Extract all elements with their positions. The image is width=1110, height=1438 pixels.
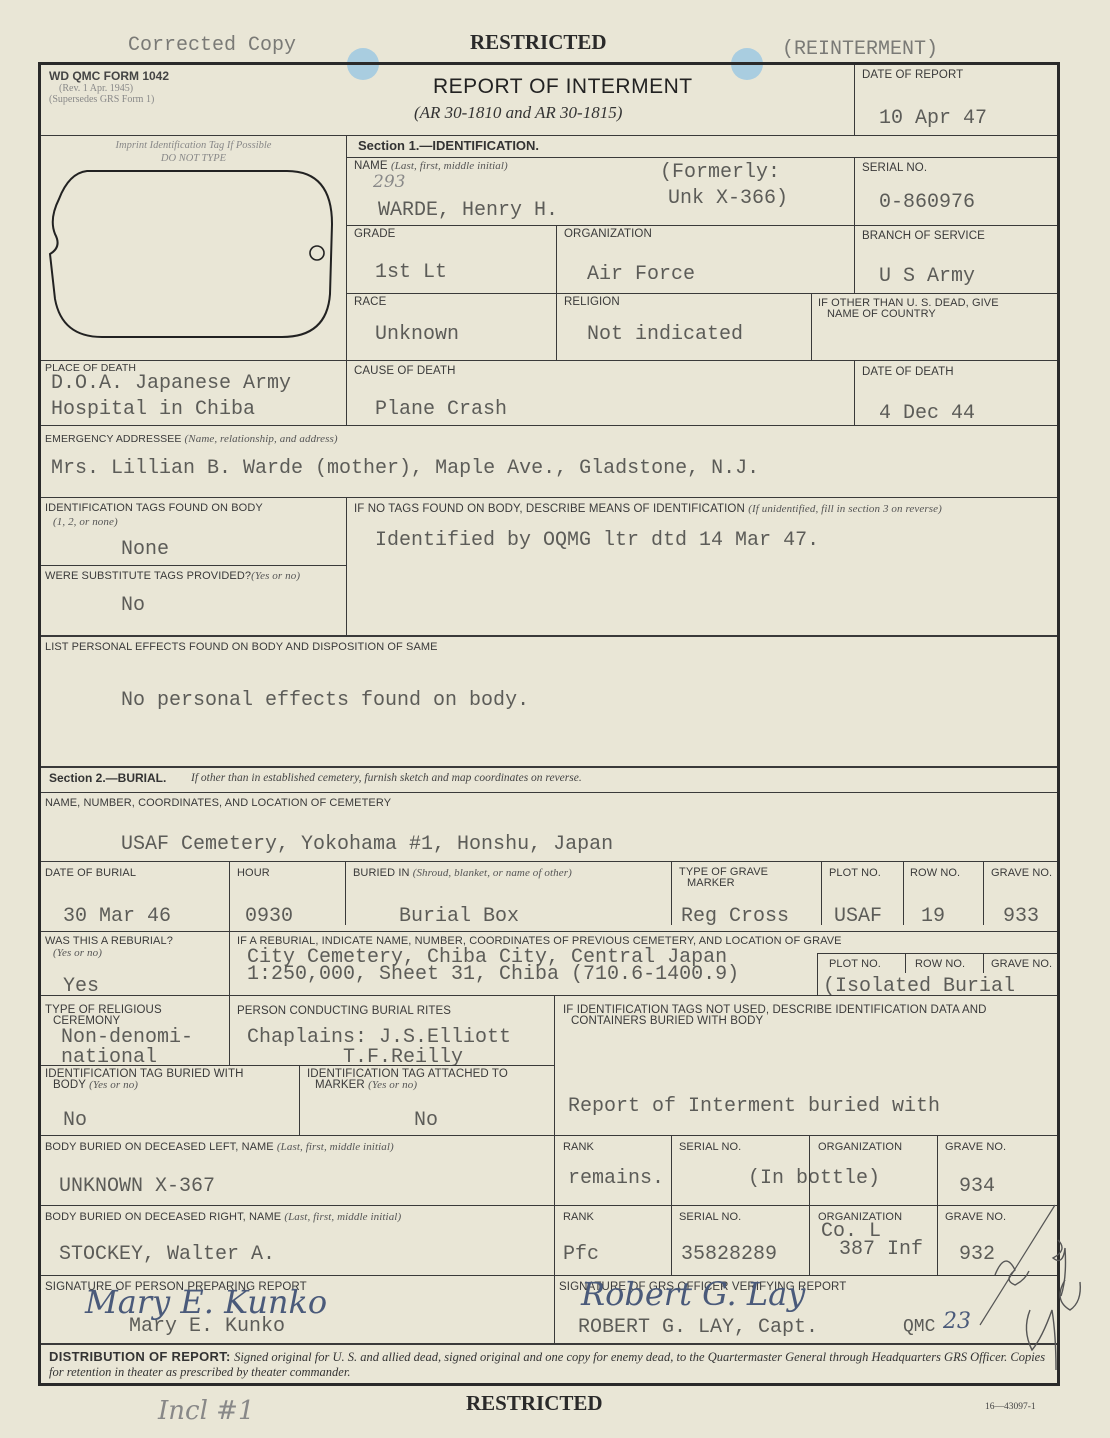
formerly-line2: Unk X-366) bbox=[668, 187, 788, 210]
substitute-tags-field[interactable]: No bbox=[121, 594, 145, 617]
plot-field[interactable]: USAF bbox=[834, 905, 882, 928]
organization-label: ORGANIZATION bbox=[564, 228, 652, 240]
tags-found-field[interactable]: None bbox=[121, 538, 169, 561]
date-of-report-field[interactable]: 10 Apr 47 bbox=[879, 107, 987, 130]
ceremony-label: TYPE OF RELIGIOUS CEREMONY bbox=[45, 1005, 162, 1027]
grave-label: GRAVE No. bbox=[991, 867, 1052, 879]
cemetery-label: NAME, NUMBER, COORDINATES, AND LOCATION … bbox=[45, 797, 391, 809]
reburial-hint-text: (Yes or no) bbox=[53, 947, 102, 959]
race-field[interactable]: Unknown bbox=[375, 323, 459, 346]
prev-grave-label: GRAVE No. bbox=[991, 958, 1052, 970]
prev-cemetery-field: City Cemetery, Chiba City, Central Japan… bbox=[247, 949, 739, 983]
emergency-hint: (Name, relationship, and address) bbox=[185, 433, 338, 445]
buried-in-hint: (Shroud, blanket, or name of other) bbox=[413, 867, 572, 879]
substitute-tags-label-text: WERE SUBSTITUTE TAGS PROVIDED? bbox=[45, 570, 251, 582]
tag-imprint-label-line1: Imprint Identification Tag If Possible bbox=[41, 139, 346, 152]
means-id-label: IF NO TAGS FOUND ON BODY, DESCRIBE MEANS… bbox=[354, 503, 942, 515]
means-id-hint: (If unidentified, fill in section 3 on r… bbox=[748, 503, 942, 515]
means-id-label-text: IF NO TAGS FOUND ON BODY, DESCRIBE MEANS… bbox=[354, 503, 745, 515]
burial-date-field[interactable]: 30 Mar 46 bbox=[63, 905, 171, 928]
row-field[interactable]: 19 bbox=[921, 905, 945, 928]
left-body-label-text: BODY BURIED ON DECEASED LEFT, NAME bbox=[45, 1141, 274, 1153]
containers-label-line2: CONTAINERS BURIED WITH BODY bbox=[563, 1016, 987, 1027]
prev-row-label: ROW No. bbox=[915, 958, 965, 970]
right-serial-label: SERIAL No. bbox=[679, 1211, 741, 1223]
section2-title: Section 2.—BURIAL. bbox=[49, 771, 166, 785]
prev-cemetery-line2[interactable]: 1:250,000, Sheet 31, Chiba (710.6-1400.9… bbox=[247, 966, 739, 983]
section2-hint: If other than in established cemetery, f… bbox=[191, 772, 582, 784]
tag-marker-field[interactable]: No bbox=[414, 1109, 438, 1132]
form-rev: (Rev. 1 Apr. 1945) bbox=[59, 83, 133, 94]
tag-buried-label: IDENTIFICATION TAG BURIED WITH BODY (Yes… bbox=[45, 1069, 244, 1091]
name-label: NAME (Last, first, middle initial) bbox=[354, 160, 508, 172]
date-of-report-label: DATE OF REPORT bbox=[862, 69, 963, 81]
prev-plot-label: PLOT No. bbox=[829, 958, 881, 970]
foreign-country-label: IF OTHER THAN U. S. DEAD, GIVE NAME OF C… bbox=[818, 298, 999, 320]
containers-label: IF IDENTIFICATION TAGS NOT USED, DESCRIB… bbox=[563, 1005, 987, 1027]
distribution-block: DISTRIBUTION OF REPORT: Signed original … bbox=[49, 1349, 1049, 1380]
tag-buried-field[interactable]: No bbox=[63, 1109, 87, 1132]
ceremony-line1[interactable]: Non-denomi- bbox=[61, 1028, 193, 1048]
reburial-label: WAS THIS A REBURIAL? bbox=[45, 935, 173, 947]
grade-field[interactable]: 1st Lt bbox=[375, 261, 447, 284]
tags-found-label: IDENTIFICATION TAGS FOUND ON BODY bbox=[45, 502, 263, 514]
emergency-label-text: EMERGENCY ADDRESSEE bbox=[45, 433, 182, 445]
organization-field[interactable]: Air Force bbox=[587, 263, 695, 286]
reinterment-stamp: (REINTERMENT) bbox=[782, 38, 938, 61]
rites-field: Chaplains: J.S.Elliott T.F.Reilly bbox=[247, 1028, 511, 1068]
serial-label: SERIAL NO. bbox=[862, 162, 927, 174]
right-rank-field[interactable]: Pfc bbox=[563, 1243, 599, 1266]
name-hint: (Last, first, middle initial) bbox=[391, 160, 508, 172]
place-of-death-line1[interactable]: D.O.A. Japanese Army bbox=[51, 372, 291, 395]
tag-marker-label-line2: MARKER bbox=[315, 1079, 365, 1091]
section1-title: Section 1.—IDENTIFICATION. bbox=[358, 138, 539, 153]
tag-marker-label: IDENTIFICATION TAG ATTACHED TO MARKER (Y… bbox=[307, 1069, 508, 1091]
religion-field[interactable]: Not indicated bbox=[587, 323, 743, 346]
right-body-label: BODY BURIED ON DECEASED RIGHT, NAME (Las… bbox=[45, 1211, 401, 1223]
tag-imprint-label: Imprint Identification Tag If Possible D… bbox=[41, 139, 346, 165]
restricted-bottom: RESTRICTED bbox=[466, 1391, 603, 1416]
marker-field[interactable]: Reg Cross bbox=[681, 905, 789, 928]
officer-signature[interactable]: Robert G. Lay bbox=[581, 1275, 805, 1313]
row-label: ROW No. bbox=[910, 867, 960, 879]
tags-found-hint: (1, 2, or none) bbox=[53, 516, 118, 528]
dog-tag-outline-icon bbox=[47, 169, 339, 341]
cemetery-field[interactable]: USAF Cemetery, Yokohama #1, Honshu, Japa… bbox=[121, 833, 613, 856]
tags-found-hint-text: (1, 2, or none) bbox=[53, 516, 118, 528]
effects-label: LIST PERSONAL EFFECTS FOUND ON BODY AND … bbox=[45, 641, 438, 653]
officer-unit: QMC bbox=[903, 1317, 935, 1337]
buried-in-label: BURIED IN (Shroud, blanket, or name of o… bbox=[353, 867, 572, 879]
burial-date-label: DATE OF BURIAL bbox=[45, 867, 136, 879]
distribution-label: DISTRIBUTION OF REPORT: bbox=[49, 1349, 231, 1364]
name-annotation: 293 bbox=[373, 172, 405, 192]
means-id-field[interactable]: Identified by OQMG ltr dtd 14 Mar 47. bbox=[375, 529, 819, 552]
left-body-label: BODY BURIED ON DECEASED LEFT, NAME (Last… bbox=[45, 1141, 394, 1153]
plot-label: PLOT No. bbox=[829, 867, 881, 879]
containers-line2[interactable]: remains. (In bottle) bbox=[568, 1167, 940, 1191]
grave-field[interactable]: 933 bbox=[1003, 905, 1039, 928]
report-of-interment-form: WD QMC FORM 1042 (Rev. 1 Apr. 1945) (Sup… bbox=[38, 62, 1060, 1386]
marker-label: TYPE OF GRAVE MARKER bbox=[679, 867, 768, 889]
tag-marker-hint: (Yes or no) bbox=[368, 1079, 417, 1091]
emergency-field[interactable]: Mrs. Lillian B. Warde (mother), Maple Av… bbox=[51, 457, 759, 480]
left-body-hint: (Last, first, middle initial) bbox=[277, 1141, 394, 1153]
officer-typed-name: ROBERT G. LAY, Capt. bbox=[578, 1316, 818, 1339]
right-rank-label: RANK bbox=[563, 1211, 594, 1223]
date-of-death-field[interactable]: 4 Dec 44 bbox=[879, 402, 975, 425]
name-label-text: NAME bbox=[354, 160, 388, 172]
buried-in-field[interactable]: Burial Box bbox=[399, 905, 519, 928]
foreign-label-line2: NAME OF COUNTRY bbox=[818, 309, 999, 320]
left-rank-label: RANK bbox=[563, 1141, 594, 1153]
margin-note-number: 23 bbox=[943, 1309, 971, 1334]
cause-of-death-field[interactable]: Plane Crash bbox=[375, 398, 507, 421]
print-code: 16—43097-1 bbox=[985, 1402, 1036, 1412]
left-grave-field[interactable]: 934 bbox=[959, 1175, 995, 1198]
rites-label: PERSON CONDUCTING BURIAL RITES bbox=[237, 1005, 451, 1017]
left-grave-label: GRAVE No. bbox=[945, 1141, 1006, 1153]
tag-buried-hint: (Yes or no) bbox=[89, 1079, 138, 1091]
left-org-label: ORGANIZATION bbox=[818, 1141, 902, 1153]
handwritten-margin-annotation-icon bbox=[970, 1200, 1100, 1390]
serial-field[interactable]: 0-860976 bbox=[879, 191, 975, 214]
form-id: WD QMC FORM 1042 bbox=[49, 69, 169, 83]
branch-field[interactable]: U S Army bbox=[879, 265, 975, 288]
place-of-death-line2[interactable]: Hospital in Chiba bbox=[51, 398, 255, 421]
ceremony-field: Non-denomi- national bbox=[61, 1028, 193, 1068]
restricted-top: RESTRICTED bbox=[470, 30, 607, 55]
left-serial-label: SERIAL No. bbox=[679, 1141, 741, 1153]
hour-field[interactable]: 0930 bbox=[245, 905, 293, 928]
buried-in-label-text: BURIED IN bbox=[353, 867, 410, 879]
hour-label: HOUR bbox=[237, 867, 270, 879]
containers-line1[interactable]: Report of Interment buried with bbox=[568, 1095, 940, 1119]
grade-label: GRADE bbox=[354, 228, 395, 240]
emergency-label: EMERGENCY ADDRESSEE (Name, relationship,… bbox=[45, 433, 338, 445]
right-body-label-text: BODY BURIED ON DECEASED RIGHT, NAME bbox=[45, 1211, 281, 1223]
corrected-copy-stamp: Corrected Copy bbox=[128, 34, 296, 57]
tag-imprint-label-line2: DO NOT TYPE bbox=[41, 152, 346, 165]
name-field[interactable]: WARDE, Henry H. bbox=[378, 199, 558, 222]
left-body-name-field[interactable]: UNKNOWN X-367 bbox=[59, 1175, 215, 1198]
right-serial-field[interactable]: 35828289 bbox=[681, 1243, 777, 1266]
effects-field[interactable]: No personal effects found on body. bbox=[121, 689, 529, 712]
tag-buried-label-line2: BODY bbox=[53, 1079, 86, 1091]
reburial-hint: (Yes or no) bbox=[53, 947, 102, 959]
substitute-tags-hint: (Yes or no) bbox=[251, 570, 300, 582]
cause-of-death-label: CAUSE OF DEATH bbox=[354, 365, 456, 377]
formerly-line1: (Formerly: bbox=[660, 161, 780, 184]
branch-label: BRANCH OF SERVICE bbox=[862, 230, 985, 242]
preparer-typed-name: Mary E. Kunko bbox=[129, 1315, 285, 1338]
religion-label: RELIGION bbox=[564, 296, 620, 308]
marker-label-line2: MARKER bbox=[679, 878, 768, 889]
right-org-field: Co. L 387 Inf bbox=[821, 1223, 923, 1259]
date-of-death-label: DATE OF DEATH bbox=[862, 366, 954, 378]
form-supersedes: (Supersedes GRS Form 1) bbox=[49, 94, 154, 105]
footer-handwritten-note: Incl #1 bbox=[158, 1396, 254, 1426]
right-org-line2[interactable]: 387 Inf bbox=[821, 1241, 923, 1259]
right-body-hint: (Last, first, middle initial) bbox=[284, 1211, 401, 1223]
race-label: RACE bbox=[354, 296, 386, 308]
substitute-tags-label: WERE SUBSTITUTE TAGS PROVIDED?(Yes or no… bbox=[45, 570, 300, 582]
form-title: REPORT OF INTERMENT bbox=[433, 75, 693, 99]
rites-line1[interactable]: Chaplains: J.S.Elliott bbox=[247, 1028, 511, 1048]
right-body-name-field[interactable]: STOCKEY, Walter A. bbox=[59, 1243, 275, 1266]
form-subtitle: (AR 30-1810 and AR 30-1815) bbox=[414, 103, 622, 123]
